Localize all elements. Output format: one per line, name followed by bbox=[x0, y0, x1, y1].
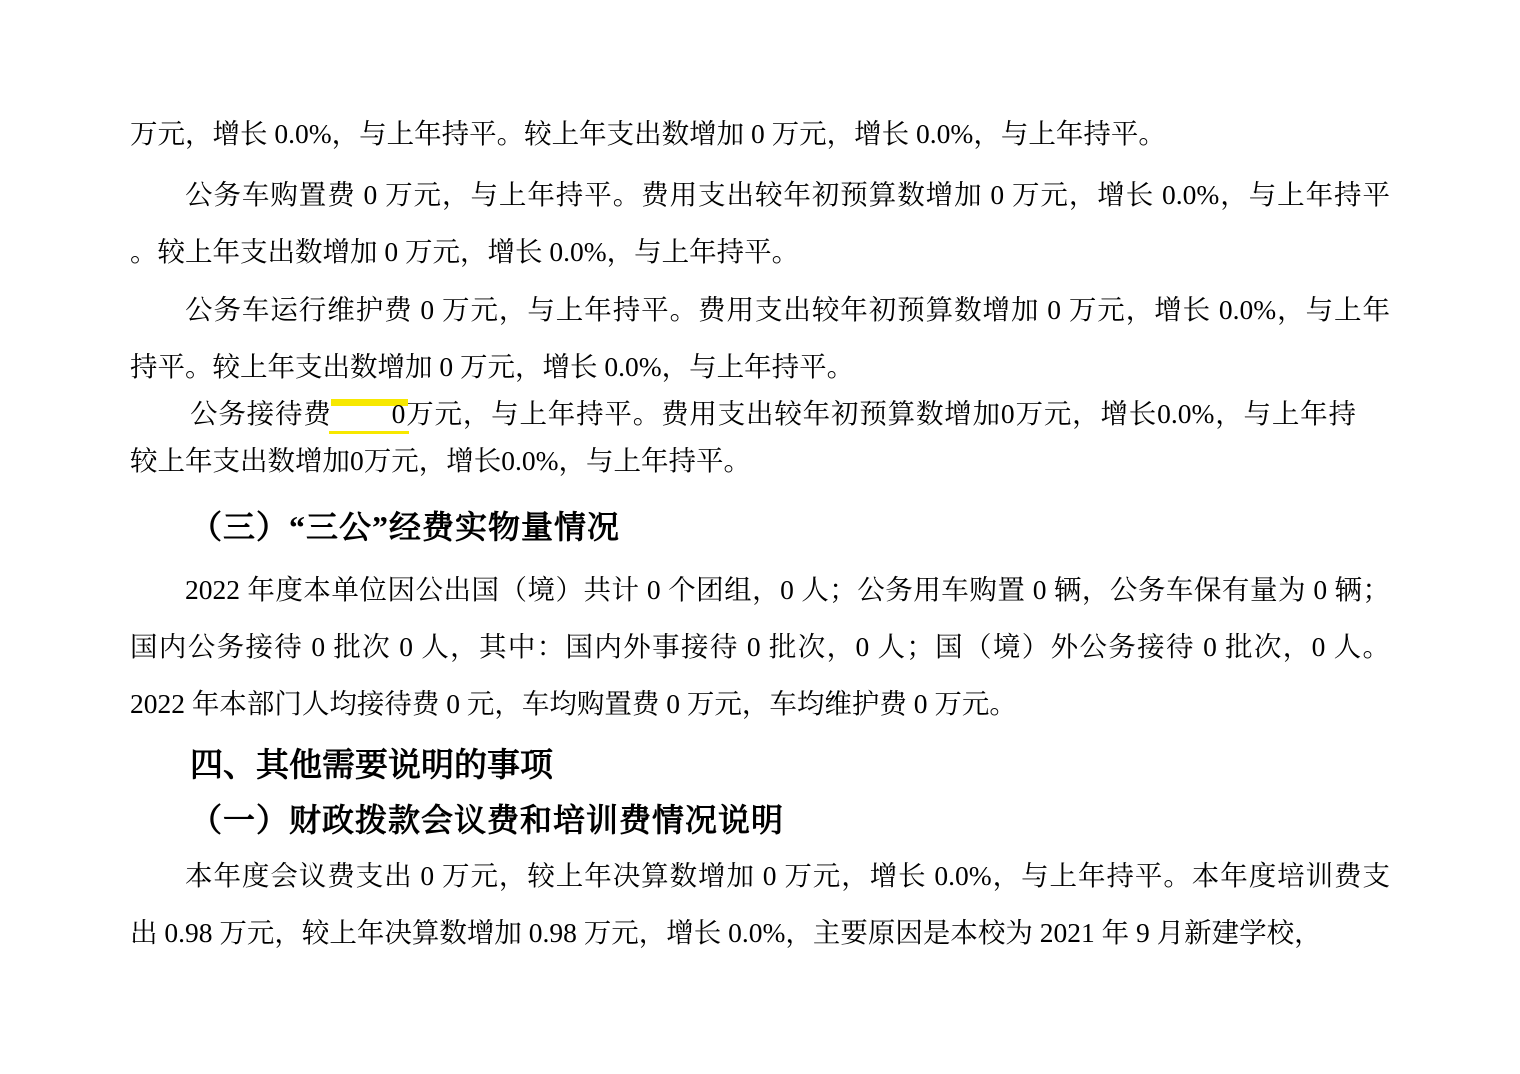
body-line: 2022 年本部门人均接待费 0 元，车均购置费 0 万元，车均维护费 0 万元… bbox=[130, 684, 1017, 724]
body-line: 较上年支出数增加0万元，增长0.0%，与上年持平。 bbox=[130, 441, 751, 481]
body-line: 出 0.98 万元，较上年决算数增加 0.98 万元，增长 0.0%，主要原因是… bbox=[130, 913, 1322, 953]
reception-prefix: 公务接待费 bbox=[190, 398, 332, 429]
body-line: 公务车购置费 0 万元，与上年持平。费用支出较年初预算数增加 0 万元，增长 0… bbox=[130, 175, 1390, 215]
highlight-underline-mark bbox=[329, 431, 410, 434]
body-line-reception: 公务接待费0万元，与上年持平。费用支出较年初预算数增加0万元，增长0.0%，与上… bbox=[130, 394, 1356, 434]
chapter-heading-other-matters: 四、其他需要说明的事项 bbox=[190, 744, 553, 786]
body-line: 本年度会议费支出 0 万元，较上年决算数增加 0 万元，增长 0.0%，与上年持… bbox=[130, 856, 1390, 896]
highlighted-zero: 0 bbox=[332, 394, 406, 434]
body-line: 万元，增长 0.0%，与上年持平。较上年支出数增加 0 万元，增长 0.0%，与… bbox=[130, 114, 1166, 154]
reception-zero-text: 0 bbox=[392, 398, 406, 429]
body-line: 。较上年支出数增加 0 万元，增长 0.0%，与上年持平。 bbox=[130, 232, 799, 272]
body-line: 2022 年度本单位因公出国（境）共计 0 个团组，0 人；公务用车购置 0 辆… bbox=[130, 570, 1390, 610]
document-page: 万元，增长 0.0%，与上年持平。较上年支出数增加 0 万元，增长 0.0%，与… bbox=[0, 0, 1520, 1074]
body-line: 持平。较上年支出数增加 0 万元，增长 0.0%，与上年持平。 bbox=[130, 347, 854, 387]
subsection-heading-three-public-quantities: （三）“三公”经费实物量情况 bbox=[190, 506, 620, 548]
body-line: 公务车运行维护费 0 万元，与上年持平。费用支出较年初预算数增加 0 万元，增长… bbox=[130, 290, 1390, 330]
body-line: 国内公务接待 0 批次 0 人，其中：国内外事接待 0 批次，0 人；国（境）外… bbox=[130, 627, 1390, 667]
subsection-heading-meeting-training-fees: （一）财政拨款会议费和培训费情况说明 bbox=[190, 799, 784, 841]
